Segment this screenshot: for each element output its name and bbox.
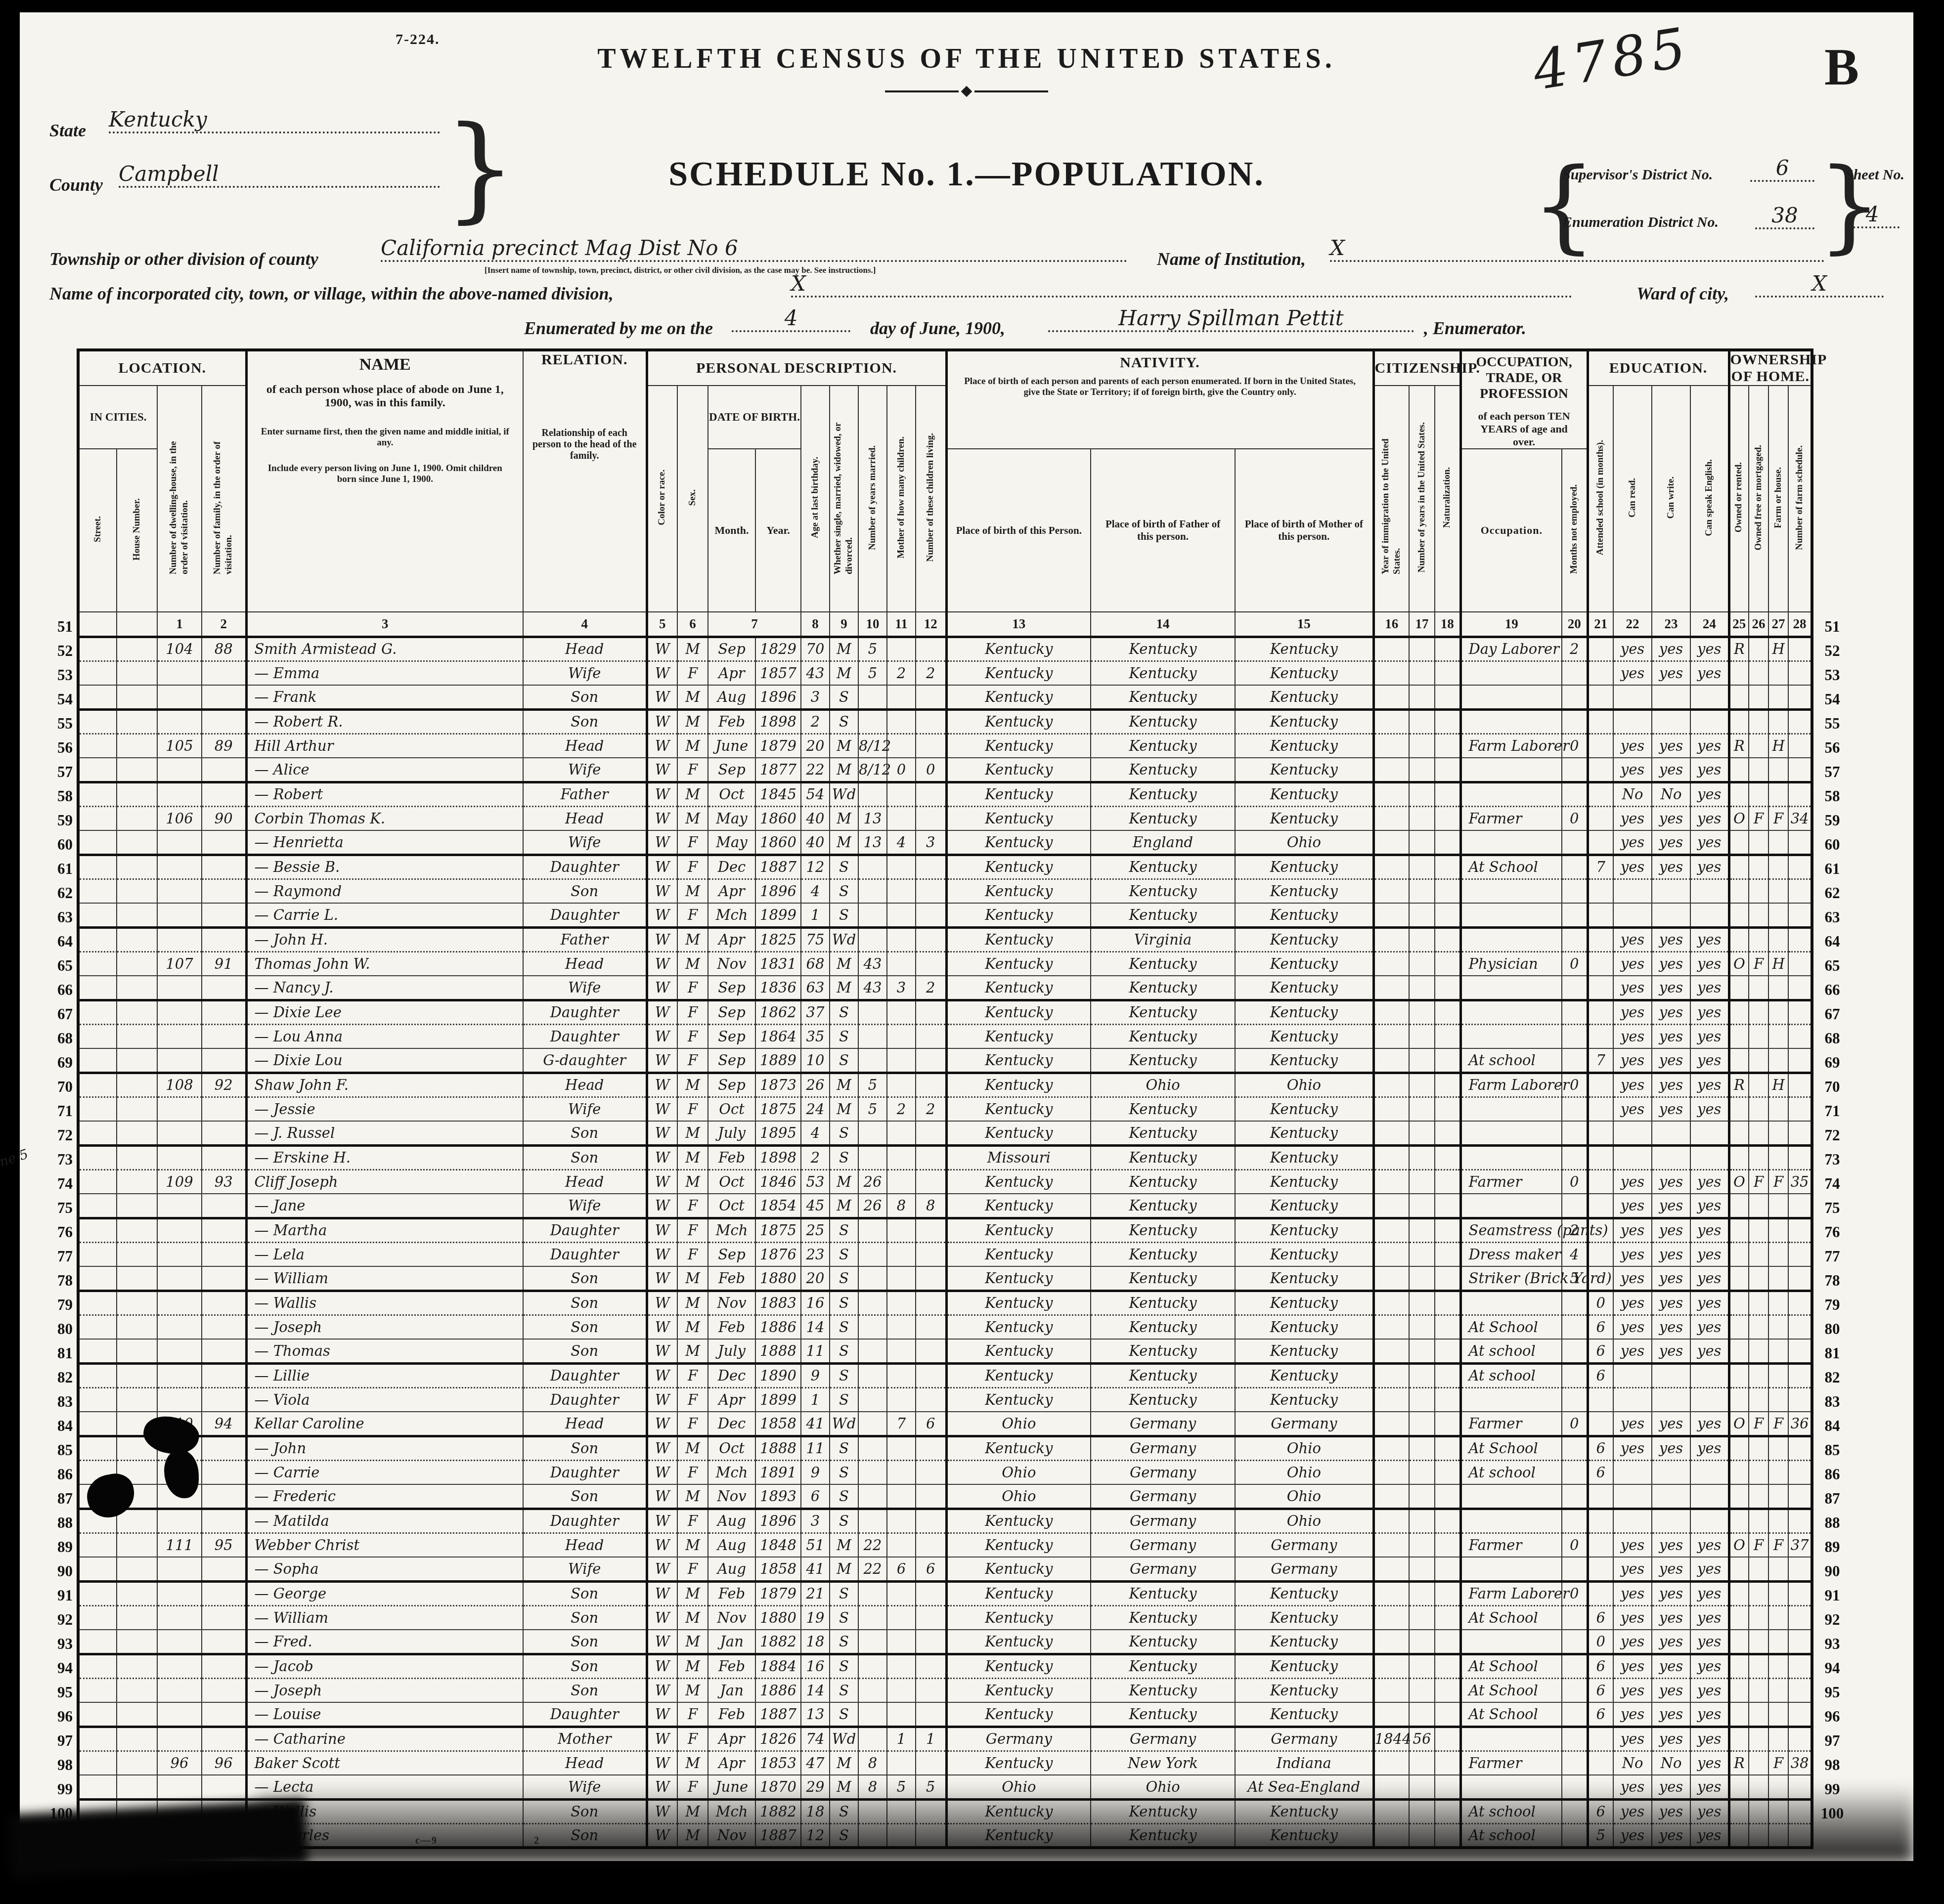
cell-pob-mother: Kentucky: [1235, 1218, 1373, 1242]
cell-house-number: [117, 1097, 157, 1121]
cell-attended-school: 6: [1588, 1436, 1613, 1460]
table-row: — Dixie Lou G-daughter W F Sep 1889 10 S…: [78, 1048, 1812, 1073]
cell-relation: Daughter: [523, 1460, 647, 1484]
cell-owned-rented: [1729, 1581, 1749, 1605]
table-row: — Catharine Mother W F Apr 1826 74 Wd 1 …: [78, 1727, 1812, 1751]
line-number-left: 76: [44, 1223, 73, 1241]
cell-children-living: 3: [916, 830, 946, 855]
cell-dwelling-number: [157, 758, 202, 782]
cell-marital-status: Wd: [830, 1412, 858, 1436]
cell-occupation: [1460, 782, 1562, 806]
cell-can-write: yes: [1652, 1194, 1690, 1218]
cell-sex: F: [677, 1000, 708, 1024]
cell-mother-of-children: [887, 1702, 916, 1727]
cell-pob-person: Kentucky: [946, 1605, 1091, 1630]
line-number-left: 86: [44, 1466, 73, 1483]
cell-pob-person: Kentucky: [946, 1678, 1091, 1702]
cell-can-read: [1613, 709, 1652, 734]
cell-years-in-us: [1409, 1097, 1435, 1121]
cell-mother-of-children: [887, 1460, 916, 1484]
cell-can-read: yes: [1613, 1557, 1652, 1581]
cell-sex: M: [677, 1630, 708, 1654]
cell-house-number: [117, 1654, 157, 1678]
cell-can-speak-english: [1690, 1387, 1729, 1412]
cell-mother-of-children: [887, 903, 916, 927]
cell-farm-schedule: [1788, 1194, 1812, 1218]
cell-pob-person: Kentucky: [946, 879, 1091, 903]
cell-house-number: [117, 1242, 157, 1266]
cell-marital-status: S: [830, 1460, 858, 1484]
cell-naturalization: [1435, 1509, 1460, 1533]
cell-months-not-employed: 0: [1562, 1169, 1588, 1194]
cell-children-living: [916, 1533, 946, 1557]
cell-age: 74: [801, 1727, 830, 1751]
line-number-right: 91: [1815, 1587, 1850, 1604]
cell-naturalization: [1435, 879, 1460, 903]
cell-can-write: [1652, 1484, 1690, 1509]
cell-immigration-year: [1373, 1581, 1409, 1605]
cell-mother-of-children: [887, 685, 916, 709]
cell-years-in-us: [1409, 1460, 1435, 1484]
cell-street: [78, 1387, 117, 1412]
cell-pob-father: Kentucky: [1091, 1605, 1235, 1630]
cell-pob-father: Germany: [1091, 1557, 1235, 1581]
cell-years-married: 13: [858, 806, 887, 830]
margin-note: June 5: [0, 1146, 30, 1174]
sheet-value[interactable]: 4: [1845, 202, 1900, 228]
cell-relation: Head: [523, 1169, 647, 1194]
printer-mark-2: 2: [534, 1835, 540, 1847]
cell-occupation: At School: [1460, 1436, 1562, 1460]
cell-farm-schedule: [1788, 1436, 1812, 1460]
cell-family-number: [202, 1702, 246, 1727]
cell-farm-schedule: 37: [1788, 1533, 1812, 1557]
cell-attended-school: [1588, 1000, 1613, 1024]
cell-relation: Head: [523, 952, 647, 976]
cell-occupation: [1460, 830, 1562, 855]
cell-family-number: 91: [202, 952, 246, 976]
cell-can-speak-english: yes: [1690, 1315, 1729, 1339]
cell-dwelling-number: [157, 1775, 202, 1799]
cell-can-write: yes: [1652, 806, 1690, 830]
cell-attended-school: [1588, 903, 1613, 927]
cell-occupation: [1460, 1145, 1562, 1169]
cell-farm-or-house: [1768, 879, 1788, 903]
cell-farm-schedule: [1788, 952, 1812, 976]
cell-children-living: [916, 1048, 946, 1073]
institution-value[interactable]: X: [1330, 236, 1824, 262]
line-number-right: 94: [1815, 1659, 1850, 1677]
table-row: — Joseph Son W M Jan 1886 14 S Kentucky …: [78, 1678, 1812, 1702]
cell-sex: F: [677, 661, 708, 685]
line-number-left: 59: [44, 812, 73, 829]
cell-name: — Raymond: [246, 879, 523, 903]
line-number-right: 58: [1815, 787, 1850, 805]
cell-street: [78, 1145, 117, 1169]
cell-pob-person: Kentucky: [946, 903, 1091, 927]
line-number-right: 86: [1815, 1466, 1850, 1483]
cell-can-speak-english: yes: [1690, 976, 1729, 1000]
cell-farm-schedule: [1788, 1242, 1812, 1266]
cell-street: [78, 1048, 117, 1073]
cell-color-race: W: [647, 1363, 677, 1387]
cell-name: — Lou Anna: [246, 1024, 523, 1048]
cell-farm-or-house: [1768, 1605, 1788, 1630]
cell-attended-school: 6: [1588, 1339, 1613, 1363]
cell-house-number: [117, 782, 157, 806]
cell-owned-rented: [1729, 1121, 1749, 1145]
line-number-right: 83: [1815, 1393, 1850, 1411]
cell-can-speak-english: yes: [1690, 1194, 1729, 1218]
cell-color-race: W: [647, 1024, 677, 1048]
cell-birth-month: Sep: [708, 637, 755, 661]
cell-attended-school: [1588, 976, 1613, 1000]
line-number-right: 62: [1815, 884, 1850, 902]
cell-immigration-year: [1373, 830, 1409, 855]
cell-relation: Wife: [523, 1557, 647, 1581]
cell-children-living: [916, 1121, 946, 1145]
cell-dwelling-number: [157, 1557, 202, 1581]
cell-months-not-employed: [1562, 1339, 1588, 1363]
cell-marital-status: M: [830, 661, 858, 685]
cell-color-race: W: [647, 1654, 677, 1678]
line-number-left: 88: [44, 1514, 73, 1532]
cell-months-not-employed: [1562, 661, 1588, 685]
cell-owned-free-mortgaged: [1749, 637, 1768, 661]
cell-street: [78, 1412, 117, 1436]
cell-months-not-employed: [1562, 1509, 1588, 1533]
cell-years-in-us: [1409, 879, 1435, 903]
cell-naturalization: [1435, 1266, 1460, 1291]
table-row: — Jessie Wife W F Oct 1875 24 M 5 2 2 Ke…: [78, 1097, 1812, 1121]
cell-house-number: [117, 1727, 157, 1751]
cell-owned-free-mortgaged: [1749, 1654, 1768, 1678]
cell-children-living: [916, 927, 946, 952]
cell-owned-rented: [1729, 927, 1749, 952]
cell-months-not-employed: [1562, 1024, 1588, 1048]
cell-occupation: [1460, 1727, 1562, 1751]
cell-owned-rented: [1729, 1194, 1749, 1218]
ward-value[interactable]: X: [1755, 271, 1884, 298]
cell-age: 20: [801, 734, 830, 758]
enumerated-day[interactable]: 4: [732, 306, 850, 332]
cell-owned-free-mortgaged: [1749, 855, 1768, 879]
cell-immigration-year: [1373, 879, 1409, 903]
cell-pob-person: Kentucky: [946, 1557, 1091, 1581]
cell-pob-mother: Kentucky: [1235, 637, 1373, 661]
cell-months-not-employed: [1562, 1194, 1588, 1218]
cell-age: 63: [801, 976, 830, 1000]
cell-dwelling-number: [157, 1581, 202, 1605]
cell-birth-year: 1898: [755, 1145, 801, 1169]
cell-street: [78, 1775, 117, 1799]
cell-family-number: [202, 903, 246, 927]
cell-occupation: [1460, 685, 1562, 709]
cell-pob-person: Kentucky: [946, 734, 1091, 758]
cell-family-number: [202, 1557, 246, 1581]
cell-owned-free-mortgaged: [1749, 1242, 1768, 1266]
cell-farm-schedule: [1788, 855, 1812, 879]
city-value[interactable]: X: [791, 271, 1572, 298]
cell-occupation: [1460, 1097, 1562, 1121]
cell-relation: Daughter: [523, 1702, 647, 1727]
cell-owned-rented: [1729, 1145, 1749, 1169]
line-number-left: 82: [44, 1369, 73, 1386]
cell-owned-free-mortgaged: [1749, 1073, 1768, 1097]
cell-years-in-us: [1409, 830, 1435, 855]
cell-marital-status: M: [830, 734, 858, 758]
cell-dwelling-number: [157, 1339, 202, 1363]
table-row: — Joseph Son W M Feb 1886 14 S Kentucky …: [78, 1315, 1812, 1339]
cell-months-not-employed: 2: [1562, 637, 1588, 661]
cell-birth-month: July: [708, 1339, 755, 1363]
cell-mother-of-children: [887, 1218, 916, 1242]
cell-months-not-employed: [1562, 1678, 1588, 1702]
cell-can-read: [1613, 1363, 1652, 1387]
cell-pob-mother: Ohio: [1235, 830, 1373, 855]
header-personal-description: PERSONAL DESCRIPTION.: [647, 350, 946, 386]
cell-name: — Robert: [246, 782, 523, 806]
cell-birth-month: Oct: [708, 1097, 755, 1121]
cell-age: 47: [801, 1751, 830, 1775]
line-number-right: 77: [1815, 1248, 1850, 1265]
cell-farm-or-house: [1768, 1145, 1788, 1169]
cell-mother-of-children: [887, 782, 916, 806]
cell-farm-or-house: H: [1768, 734, 1788, 758]
cell-birth-year: 1884: [755, 1654, 801, 1678]
cell-owned-free-mortgaged: [1749, 1557, 1768, 1581]
cell-relation: Wife: [523, 976, 647, 1000]
cell-months-not-employed: [1562, 1000, 1588, 1024]
cell-mother-of-children: [887, 1387, 916, 1412]
cell-years-married: [858, 1605, 887, 1630]
cell-birth-year: 1898: [755, 709, 801, 734]
cell-years-married: 43: [858, 976, 887, 1000]
cell-months-not-employed: [1562, 1557, 1588, 1581]
cell-birth-month: Jan: [708, 1678, 755, 1702]
cell-age: 1: [801, 903, 830, 927]
state-value[interactable]: Kentucky: [109, 107, 440, 133]
table-row: — Carrie Daughter W F Mch 1891 9 S Ohio …: [78, 1460, 1812, 1484]
cell-owned-free-mortgaged: [1749, 1194, 1768, 1218]
table-row: — Dixie Lee Daughter W F Sep 1862 37 S K…: [78, 1000, 1812, 1024]
cell-naturalization: [1435, 1291, 1460, 1315]
cell-years-married: [858, 1460, 887, 1484]
cell-birth-year: 1875: [755, 1097, 801, 1121]
cell-years-in-us: [1409, 1605, 1435, 1630]
cell-naturalization: [1435, 1630, 1460, 1654]
cell-sex: M: [677, 1751, 708, 1775]
cell-can-read: [1613, 1121, 1652, 1145]
cell-relation: Son: [523, 1339, 647, 1363]
cell-owned-rented: O: [1729, 1169, 1749, 1194]
cell-farm-schedule: [1788, 1509, 1812, 1533]
cell-farm-schedule: [1788, 1315, 1812, 1339]
cell-birth-year: 1857: [755, 661, 801, 685]
cell-pob-mother: Kentucky: [1235, 1678, 1373, 1702]
population-table: LOCATION. NAME of each person whose plac…: [77, 348, 1813, 1849]
cell-birth-year: 1875: [755, 1218, 801, 1242]
state-label: State: [49, 120, 86, 141]
header-owned-free-mortgaged: Owned free or mortgaged.: [1749, 386, 1768, 612]
cell-pob-mother: Kentucky: [1235, 1097, 1373, 1121]
cell-name: — Louise: [246, 1702, 523, 1727]
cell-can-read: [1613, 1460, 1652, 1484]
cell-farm-or-house: F: [1768, 1412, 1788, 1436]
cell-dwelling-number: [157, 830, 202, 855]
cell-sex: F: [677, 830, 708, 855]
cell-dwelling-number: [157, 685, 202, 709]
cell-farm-or-house: [1768, 1000, 1788, 1024]
cell-color-race: W: [647, 1266, 677, 1291]
cell-house-number: [117, 1751, 157, 1775]
cell-street: [78, 1339, 117, 1363]
cell-naturalization: [1435, 1460, 1460, 1484]
cell-pob-father: Kentucky: [1091, 1630, 1235, 1654]
cell-name: — Henrietta: [246, 830, 523, 855]
enumerated-label-3: , Enumerator.: [1424, 318, 1526, 339]
cell-farm-schedule: [1788, 927, 1812, 952]
cell-immigration-year: [1373, 952, 1409, 976]
cell-can-read: yes: [1613, 1339, 1652, 1363]
header-immigration-year: Year of immigration to the United States…: [1373, 386, 1409, 612]
cell-house-number: [117, 1218, 157, 1242]
cell-mother-of-children: 4: [887, 830, 916, 855]
cell-attended-school: [1588, 952, 1613, 976]
header-can-write: Can write.: [1652, 386, 1690, 612]
cell-mother-of-children: 8: [887, 1194, 916, 1218]
enumeration-value[interactable]: 38: [1755, 203, 1814, 229]
cell-family-number: [202, 1727, 246, 1751]
cell-children-living: [916, 1339, 946, 1363]
cell-age: 21: [801, 1581, 830, 1605]
cell-can-write: yes: [1652, 952, 1690, 976]
cell-age: 68: [801, 952, 830, 976]
cell-can-read: [1613, 1509, 1652, 1533]
cell-occupation: At School: [1460, 1678, 1562, 1702]
cell-owned-rented: O: [1729, 1412, 1749, 1436]
enumeration-label: Enumeration District No.: [1562, 214, 1719, 231]
line-number-left: 85: [44, 1441, 73, 1459]
cell-can-read: yes: [1613, 1194, 1652, 1218]
cell-relation: Son: [523, 1291, 647, 1315]
cell-pob-mother: Kentucky: [1235, 806, 1373, 830]
cell-family-number: 88: [202, 637, 246, 661]
cell-years-married: [858, 1339, 887, 1363]
line-number-left: 91: [44, 1587, 73, 1604]
cell-farm-schedule: [1788, 1218, 1812, 1242]
cell-years-married: [858, 1678, 887, 1702]
cell-marital-status: Wd: [830, 927, 858, 952]
cell-sex: M: [677, 1121, 708, 1145]
cell-can-speak-english: [1690, 903, 1729, 927]
cell-mother-of-children: 2: [887, 1097, 916, 1121]
cell-family-number: [202, 1775, 246, 1799]
cell-family-number: [202, 758, 246, 782]
cell-age: 19: [801, 1605, 830, 1630]
cell-birth-year: 1896: [755, 879, 801, 903]
cell-attended-school: 0: [1588, 1630, 1613, 1654]
cell-dwelling-number: 111: [157, 1533, 202, 1557]
cell-dwelling-number: 106: [157, 806, 202, 830]
cell-street: [78, 1605, 117, 1630]
cell-owned-free-mortgaged: [1749, 1727, 1768, 1751]
cell-can-speak-english: [1690, 1145, 1729, 1169]
cell-years-married: [858, 855, 887, 879]
cell-dwelling-number: [157, 1266, 202, 1291]
cell-can-write: yes: [1652, 1630, 1690, 1654]
cell-street: [78, 903, 117, 927]
cell-months-not-employed: [1562, 1751, 1588, 1775]
table-row: — Lillie Daughter W F Dec 1890 9 S Kentu…: [78, 1363, 1812, 1387]
cell-farm-schedule: [1788, 782, 1812, 806]
cell-street: [78, 1242, 117, 1266]
cell-pob-mother: Germany: [1235, 1412, 1373, 1436]
cell-name: — Carrie: [246, 1460, 523, 1484]
cell-birth-month: Apr: [708, 1387, 755, 1412]
line-number-left: 58: [44, 787, 73, 805]
cell-birth-month: Nov: [708, 1484, 755, 1509]
cell-age: 37: [801, 1000, 830, 1024]
cell-owned-free-mortgaged: [1749, 1024, 1768, 1048]
cell-mother-of-children: 7: [887, 1412, 916, 1436]
cell-pob-person: Kentucky: [946, 685, 1091, 709]
supervisor-value[interactable]: 6: [1750, 156, 1814, 182]
cell-family-number: [202, 1097, 246, 1121]
cell-family-number: 92: [202, 1073, 246, 1097]
cell-months-not-employed: [1562, 1363, 1588, 1387]
cell-can-speak-english: [1690, 709, 1729, 734]
cell-attended-school: 7: [1588, 1048, 1613, 1073]
cell-can-speak-english: yes: [1690, 1218, 1729, 1242]
cell-can-speak-english: [1690, 1363, 1729, 1387]
cell-pob-person: Kentucky: [946, 1339, 1091, 1363]
cell-marital-status: S: [830, 1024, 858, 1048]
line-number-left: 66: [44, 981, 73, 999]
cell-owned-rented: [1729, 1460, 1749, 1484]
line-number-right: 92: [1815, 1611, 1850, 1629]
cell-color-race: W: [647, 927, 677, 952]
enumerator-name[interactable]: Harry Spillman Pettit: [1048, 306, 1414, 332]
cell-family-number: [202, 1509, 246, 1533]
cell-farm-or-house: [1768, 1024, 1788, 1048]
cell-age: 3: [801, 1509, 830, 1533]
cell-can-speak-english: yes: [1690, 661, 1729, 685]
cell-pob-person: Kentucky: [946, 1073, 1091, 1097]
cell-relation: G-daughter: [523, 1048, 647, 1073]
cell-naturalization: [1435, 1073, 1460, 1097]
cell-relation: Son: [523, 879, 647, 903]
cell-pob-father: Germany: [1091, 1727, 1235, 1751]
table-row: — Jane Wife W F Oct 1854 45 M 26 8 8 Ken…: [78, 1194, 1812, 1218]
cell-dwelling-number: [157, 1509, 202, 1533]
cell-can-write: yes: [1652, 1727, 1690, 1751]
township-value[interactable]: California precinct Mag Dist No 6: [381, 236, 1127, 262]
cell-immigration-year: [1373, 1024, 1409, 1048]
cell-farm-schedule: [1788, 685, 1812, 709]
cell-birth-year: 1880: [755, 1266, 801, 1291]
cell-farm-or-house: [1768, 709, 1788, 734]
cell-can-write: [1652, 685, 1690, 709]
cell-can-speak-english: yes: [1690, 1654, 1729, 1678]
cell-naturalization: [1435, 952, 1460, 976]
cell-color-race: W: [647, 1291, 677, 1315]
cell-attended-school: [1588, 1024, 1613, 1048]
cell-immigration-year: [1373, 1460, 1409, 1484]
cell-name: — Bessie B.: [246, 855, 523, 879]
cell-pob-father: Kentucky: [1091, 806, 1235, 830]
cell-pob-father: Kentucky: [1091, 1702, 1235, 1727]
